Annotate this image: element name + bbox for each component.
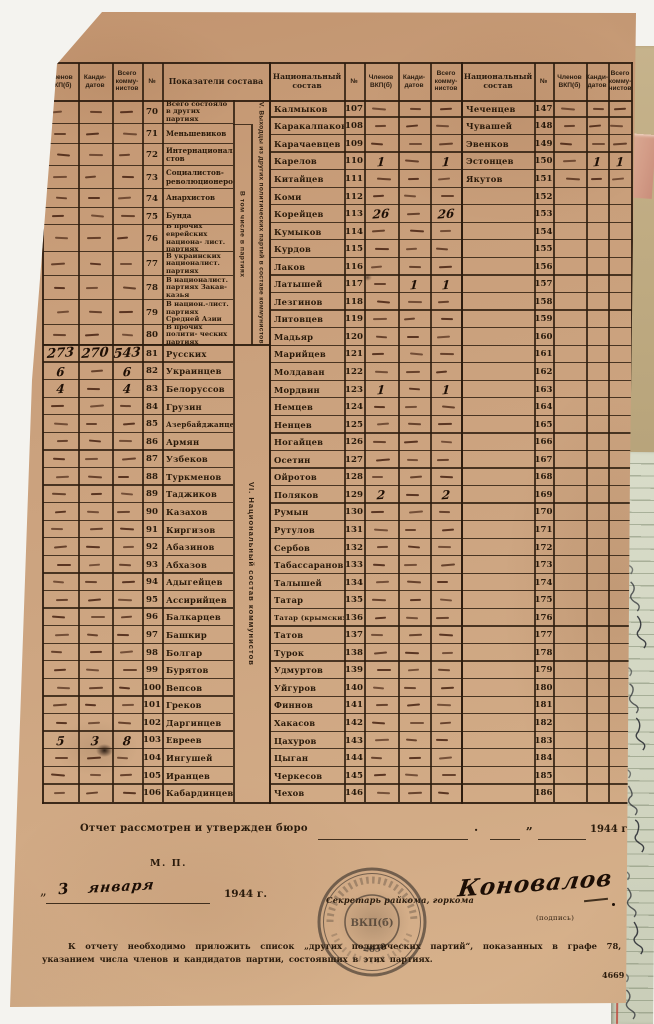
- dash-mark: [120, 528, 134, 531]
- row-label: [462, 486, 534, 504]
- dash-mark: [90, 528, 103, 531]
- dash-mark: [442, 528, 454, 531]
- dash-mark: [120, 651, 133, 654]
- value-cell: [398, 100, 430, 118]
- row-label: Башкир: [162, 626, 233, 644]
- value-cell: [112, 415, 142, 433]
- value-cell: [430, 293, 462, 311]
- row-number: 123: [344, 381, 364, 399]
- value-cell: [364, 697, 398, 715]
- row-label: Мордвин: [270, 381, 344, 399]
- row-label: [462, 311, 534, 329]
- row-number: 139: [344, 662, 364, 680]
- row-label: Всего состояло в других партиях: [162, 100, 233, 124]
- row-label: [462, 556, 534, 574]
- dash-mark: [442, 774, 456, 776]
- blank-line: [538, 839, 586, 840]
- dash-mark: [121, 493, 133, 496]
- row-number: 84: [142, 398, 162, 416]
- value-cell: [398, 346, 430, 364]
- value-cell: [553, 486, 586, 504]
- dash-mark: [438, 792, 449, 795]
- value-cell: [398, 644, 430, 662]
- dash-mark: [437, 335, 450, 338]
- value-cell: [364, 276, 398, 294]
- dash-mark: [371, 265, 382, 268]
- value-cell: [553, 574, 586, 592]
- row-label: Корейцев: [270, 205, 344, 223]
- value-cell: 2: [430, 486, 462, 504]
- row-label: [462, 293, 534, 311]
- row-number: 115: [344, 240, 364, 258]
- row-label: Чехов: [270, 784, 344, 802]
- value-cell: [586, 486, 608, 504]
- value-cell: [553, 276, 586, 294]
- row-label: Коми: [270, 188, 344, 206]
- value-cell: [586, 644, 608, 662]
- dash-mark: [376, 458, 390, 461]
- value-cell: 543: [112, 345, 142, 363]
- value-cell: [608, 662, 632, 680]
- row-number: 119: [344, 311, 364, 329]
- value-cell: [608, 416, 632, 434]
- row-number: 144: [344, 749, 364, 767]
- row-label: Черкесов: [270, 767, 344, 785]
- dash-mark: [410, 353, 423, 356]
- row-number: 77: [142, 252, 162, 276]
- value-cell: [398, 679, 430, 697]
- row-label: Осетин: [270, 451, 344, 469]
- row-number: 177: [534, 627, 553, 645]
- value-cell: [112, 252, 142, 276]
- row-number: 74: [142, 189, 162, 208]
- value-cell: [430, 398, 462, 416]
- value-cell: [553, 784, 586, 802]
- row-number: 133: [344, 556, 364, 574]
- value-cell: [430, 732, 462, 750]
- value-cell: [553, 346, 586, 364]
- table-line: [42, 802, 271, 804]
- value-cell: [43, 538, 78, 556]
- row-number: 79: [142, 300, 162, 325]
- row-label: Поляков: [270, 486, 344, 504]
- value-cell: [553, 697, 586, 715]
- value-cell: [364, 591, 398, 609]
- dash-mark: [90, 111, 102, 113]
- dash-mark: [375, 248, 389, 250]
- col-header-indicators: Показатели состава: [162, 63, 270, 100]
- dash-mark: [407, 581, 421, 584]
- row-label: [462, 381, 534, 399]
- dash-mark: [591, 178, 602, 180]
- dash-mark: [118, 598, 132, 600]
- row-number: 149: [534, 135, 553, 153]
- value-cell: [43, 749, 78, 767]
- value-cell: [608, 363, 632, 381]
- value-cell: [553, 433, 586, 451]
- section-vi-label: VI. Национальный состав коммунистов: [233, 345, 270, 802]
- value-cell: [430, 662, 462, 680]
- signature-caption: (подпись): [536, 914, 574, 922]
- row-number: 98: [142, 644, 162, 662]
- section-v-label: V. Выходцы из других политических партий…: [251, 100, 270, 345]
- section-v-sublabel: В том числе в партиях: [233, 124, 251, 345]
- row-label: Узбеков: [162, 450, 233, 468]
- value-cell: [553, 118, 586, 136]
- value-cell: [608, 469, 632, 487]
- dash-mark: [410, 722, 424, 724]
- value-cell: [430, 539, 462, 557]
- value-cell: [43, 503, 78, 521]
- value-cell: [586, 697, 608, 715]
- row-label: Цыган: [270, 749, 344, 767]
- row-label: [462, 188, 534, 206]
- value-cell: [430, 609, 462, 627]
- value-cell: [364, 118, 398, 136]
- row-number: 104: [142, 749, 162, 767]
- separator-dot: .: [474, 820, 478, 834]
- dash-mark: [562, 160, 575, 162]
- value-cell: [586, 346, 608, 364]
- dash-mark: [50, 774, 64, 777]
- dash-mark: [408, 423, 421, 426]
- value-cell: [608, 556, 632, 574]
- value-cell: [112, 503, 142, 521]
- dash-mark: [52, 458, 64, 461]
- value-cell: [553, 732, 586, 750]
- value-cell: [608, 328, 632, 346]
- row-label: Сербов: [270, 539, 344, 557]
- row-label: [462, 276, 534, 294]
- dash-mark: [57, 564, 71, 566]
- value-cell: [586, 311, 608, 329]
- row-number: 93: [142, 556, 162, 574]
- value-cell: [112, 208, 142, 225]
- value-cell: [43, 574, 78, 592]
- value-cell: [586, 714, 608, 732]
- value-cell: [43, 521, 78, 539]
- value-cell: 4: [112, 380, 142, 398]
- value-cell: 1: [430, 381, 462, 399]
- dash-mark: [436, 739, 448, 741]
- dash-mark: [437, 581, 448, 583]
- value-cell: [364, 662, 398, 680]
- dash-mark: [438, 300, 449, 303]
- value-cell: [364, 574, 398, 592]
- row-number: 136: [344, 609, 364, 627]
- value-cell: [398, 714, 430, 732]
- dash-mark: [56, 440, 67, 442]
- pen-mark: [75, 7, 87, 18]
- value-cell: [78, 398, 112, 416]
- value-cell: [608, 276, 632, 294]
- row-label: Абазинов: [162, 538, 233, 556]
- row-label: [462, 539, 534, 557]
- value-cell: [430, 627, 462, 645]
- row-label: Татар: [270, 591, 344, 609]
- dash-mark: [87, 756, 101, 759]
- value-cell: [43, 208, 78, 225]
- row-number: 157: [534, 276, 553, 294]
- value-cell: [430, 416, 462, 434]
- value-cell: [364, 135, 398, 153]
- dash-mark: [120, 111, 133, 113]
- value-cell: [78, 124, 112, 144]
- value-cell: [78, 749, 112, 767]
- row-number: 113: [344, 205, 364, 223]
- value-cell: [364, 363, 398, 381]
- value-cell: [430, 223, 462, 241]
- value-cell: [112, 189, 142, 208]
- row-number: 173: [534, 556, 553, 574]
- value-cell: [586, 609, 608, 627]
- value-cell: [364, 539, 398, 557]
- value-cell: 273: [43, 345, 78, 363]
- value-cell: [398, 697, 430, 715]
- value-cell: [430, 749, 462, 767]
- value-cell: [398, 469, 430, 487]
- row-number: 135: [344, 591, 364, 609]
- dash-mark: [375, 370, 388, 373]
- value-cell: [398, 504, 430, 522]
- dash-mark: [441, 318, 453, 320]
- row-label: [462, 223, 534, 241]
- value-cell: [398, 153, 430, 171]
- row-number: 145: [344, 767, 364, 785]
- row-label: Лаков: [270, 258, 344, 276]
- row-number: 171: [534, 521, 553, 539]
- value-cell: [430, 591, 462, 609]
- dash-mark: [593, 107, 604, 109]
- row-label: Марийцев: [270, 346, 344, 364]
- dash-mark: [50, 651, 61, 654]
- row-number: 172: [534, 539, 553, 557]
- row-number: 155: [534, 240, 553, 258]
- dash-mark: [55, 599, 67, 601]
- value-cell: [43, 784, 78, 802]
- row-number: 86: [142, 433, 162, 451]
- value-cell: [398, 205, 430, 223]
- row-number: 130: [344, 504, 364, 522]
- dash-mark: [374, 528, 388, 531]
- value-cell: 1: [364, 153, 398, 171]
- value-cell: [78, 363, 112, 381]
- col-header-total: Всего комму- нистов: [608, 63, 632, 100]
- value-cell: [608, 451, 632, 469]
- value-cell: [112, 556, 142, 574]
- value-cell: 3: [78, 732, 112, 750]
- value-cell: [608, 486, 632, 504]
- row-number: 181: [534, 697, 553, 715]
- col-header-members: Членов ВКП(б): [364, 63, 398, 100]
- dash-mark: [372, 599, 386, 601]
- value-cell: [112, 714, 142, 732]
- value-cell: [586, 223, 608, 241]
- value-cell: [553, 767, 586, 785]
- row-label: [462, 451, 534, 469]
- col-header-candidates: Канди- датов: [398, 63, 430, 100]
- row-number: 89: [142, 486, 162, 504]
- value-cell: [430, 521, 462, 539]
- value-cell: [553, 328, 586, 346]
- value-cell: [364, 749, 398, 767]
- row-number: 92: [142, 538, 162, 556]
- value-cell: [608, 609, 632, 627]
- value-cell: [78, 300, 112, 325]
- row-number: 122: [344, 363, 364, 381]
- dash-mark: [90, 405, 104, 408]
- dash-mark: [440, 476, 453, 479]
- value-cell: [553, 398, 586, 416]
- col-header-members: Членов ВКП(б): [553, 63, 586, 100]
- value-cell: [78, 609, 112, 627]
- dash-mark: [406, 125, 418, 128]
- dash-mark: [120, 263, 132, 265]
- row-label: Анархистов: [162, 189, 233, 208]
- row-number: 154: [534, 223, 553, 241]
- row-number: 163: [534, 381, 553, 399]
- row-label: Карелов: [270, 153, 344, 171]
- value-cell: [112, 325, 142, 345]
- value-cell: [586, 416, 608, 434]
- dash-mark: [88, 475, 102, 478]
- dash-mark: [408, 669, 419, 672]
- row-label: Абхазов: [162, 556, 233, 574]
- value-cell: [398, 223, 430, 241]
- value-cell: [78, 644, 112, 662]
- dash-mark: [407, 704, 420, 707]
- dash-mark: [55, 722, 66, 724]
- value-cell: [608, 591, 632, 609]
- row-number: 124: [344, 398, 364, 416]
- value-cell: 5: [43, 732, 78, 750]
- value-cell: [43, 450, 78, 468]
- row-label: Армян: [162, 433, 233, 451]
- dash-mark: [88, 598, 101, 601]
- value-cell: [398, 311, 430, 329]
- row-number: 134: [344, 574, 364, 592]
- value-cell: [586, 328, 608, 346]
- value-cell: [112, 124, 142, 144]
- signature-dot: [612, 903, 615, 906]
- value-cell: [608, 188, 632, 206]
- row-number: 108: [344, 118, 364, 136]
- row-label: Азербайджанцев: [162, 415, 233, 433]
- value-cell: [553, 591, 586, 609]
- row-label: Евреев: [162, 732, 233, 750]
- value-cell: [112, 300, 142, 325]
- dash-mark: [439, 511, 450, 513]
- row-number: 153: [534, 205, 553, 223]
- value-cell: [398, 381, 430, 399]
- row-number: 140: [344, 679, 364, 697]
- value-cell: [43, 189, 78, 208]
- value-cell: [112, 398, 142, 416]
- row-label: Финнов: [270, 697, 344, 715]
- dash-mark: [440, 353, 454, 355]
- dash-mark: [613, 142, 627, 145]
- row-label: [462, 433, 534, 451]
- value-cell: [78, 144, 112, 166]
- row-number: 82: [142, 363, 162, 381]
- value-cell: [398, 521, 430, 539]
- row-number: 85: [142, 415, 162, 433]
- date-quote: „: [40, 884, 47, 899]
- value-cell: [398, 170, 430, 188]
- row-number: 152: [534, 188, 553, 206]
- dash-mark: [409, 634, 422, 637]
- value-cell: [78, 252, 112, 276]
- value-cell: [43, 166, 78, 189]
- dash-mark: [437, 704, 451, 706]
- row-label: Вепсов: [162, 679, 233, 697]
- row-number: 164: [534, 398, 553, 416]
- value-cell: [43, 609, 78, 627]
- value-cell: [608, 118, 632, 136]
- value-cell: [608, 311, 632, 329]
- row-label: Литовцев: [270, 311, 344, 329]
- value-cell: [430, 258, 462, 276]
- row-label: В украинских националист. партиях: [162, 252, 233, 276]
- value-cell: [586, 539, 608, 557]
- value-cell: [586, 574, 608, 592]
- value-cell: [398, 574, 430, 592]
- col-header-nationality: Национальный состав: [270, 63, 344, 100]
- value-cell: [43, 433, 78, 451]
- value-cell: [430, 433, 462, 451]
- dash-mark: [371, 757, 382, 760]
- dash-mark: [120, 405, 131, 407]
- dash-mark: [410, 476, 422, 479]
- value-cell: [78, 714, 112, 732]
- dash-mark: [372, 353, 384, 355]
- row-number: 102: [142, 714, 162, 732]
- row-label: [462, 328, 534, 346]
- value-cell: [553, 240, 586, 258]
- value-cell: [112, 433, 142, 451]
- row-number: 141: [344, 697, 364, 715]
- value-cell: [553, 627, 586, 645]
- dash-mark: [85, 176, 96, 179]
- row-label: Интернационали- стов: [162, 144, 233, 166]
- dash-mark: [589, 125, 601, 128]
- row-label: Китайцев: [270, 170, 344, 188]
- dash-mark: [438, 546, 451, 548]
- value-cell: [553, 609, 586, 627]
- row-label: [462, 574, 534, 592]
- row-label: Талышей: [270, 574, 344, 592]
- value-cell: [112, 486, 142, 504]
- dash-mark: [373, 564, 385, 567]
- dash-mark: [123, 422, 135, 425]
- row-label: Мадьяр: [270, 328, 344, 346]
- value-cell: [364, 258, 398, 276]
- value-cell: [112, 784, 142, 802]
- value-cell: [398, 591, 430, 609]
- value-cell: [553, 504, 586, 522]
- form-sheet: Отчет рассмотрен и утвержден бюро . „ 19…: [0, 0, 654, 1024]
- dash-mark: [88, 197, 100, 199]
- dash-mark: [441, 195, 454, 197]
- row-label: [462, 416, 534, 434]
- dash-mark: [123, 286, 136, 289]
- dash-mark: [119, 154, 130, 157]
- dash-mark: [54, 133, 66, 135]
- dash-mark: [86, 287, 98, 289]
- dash-mark: [120, 774, 132, 777]
- value-cell: [43, 556, 78, 574]
- dash-mark: [406, 616, 418, 619]
